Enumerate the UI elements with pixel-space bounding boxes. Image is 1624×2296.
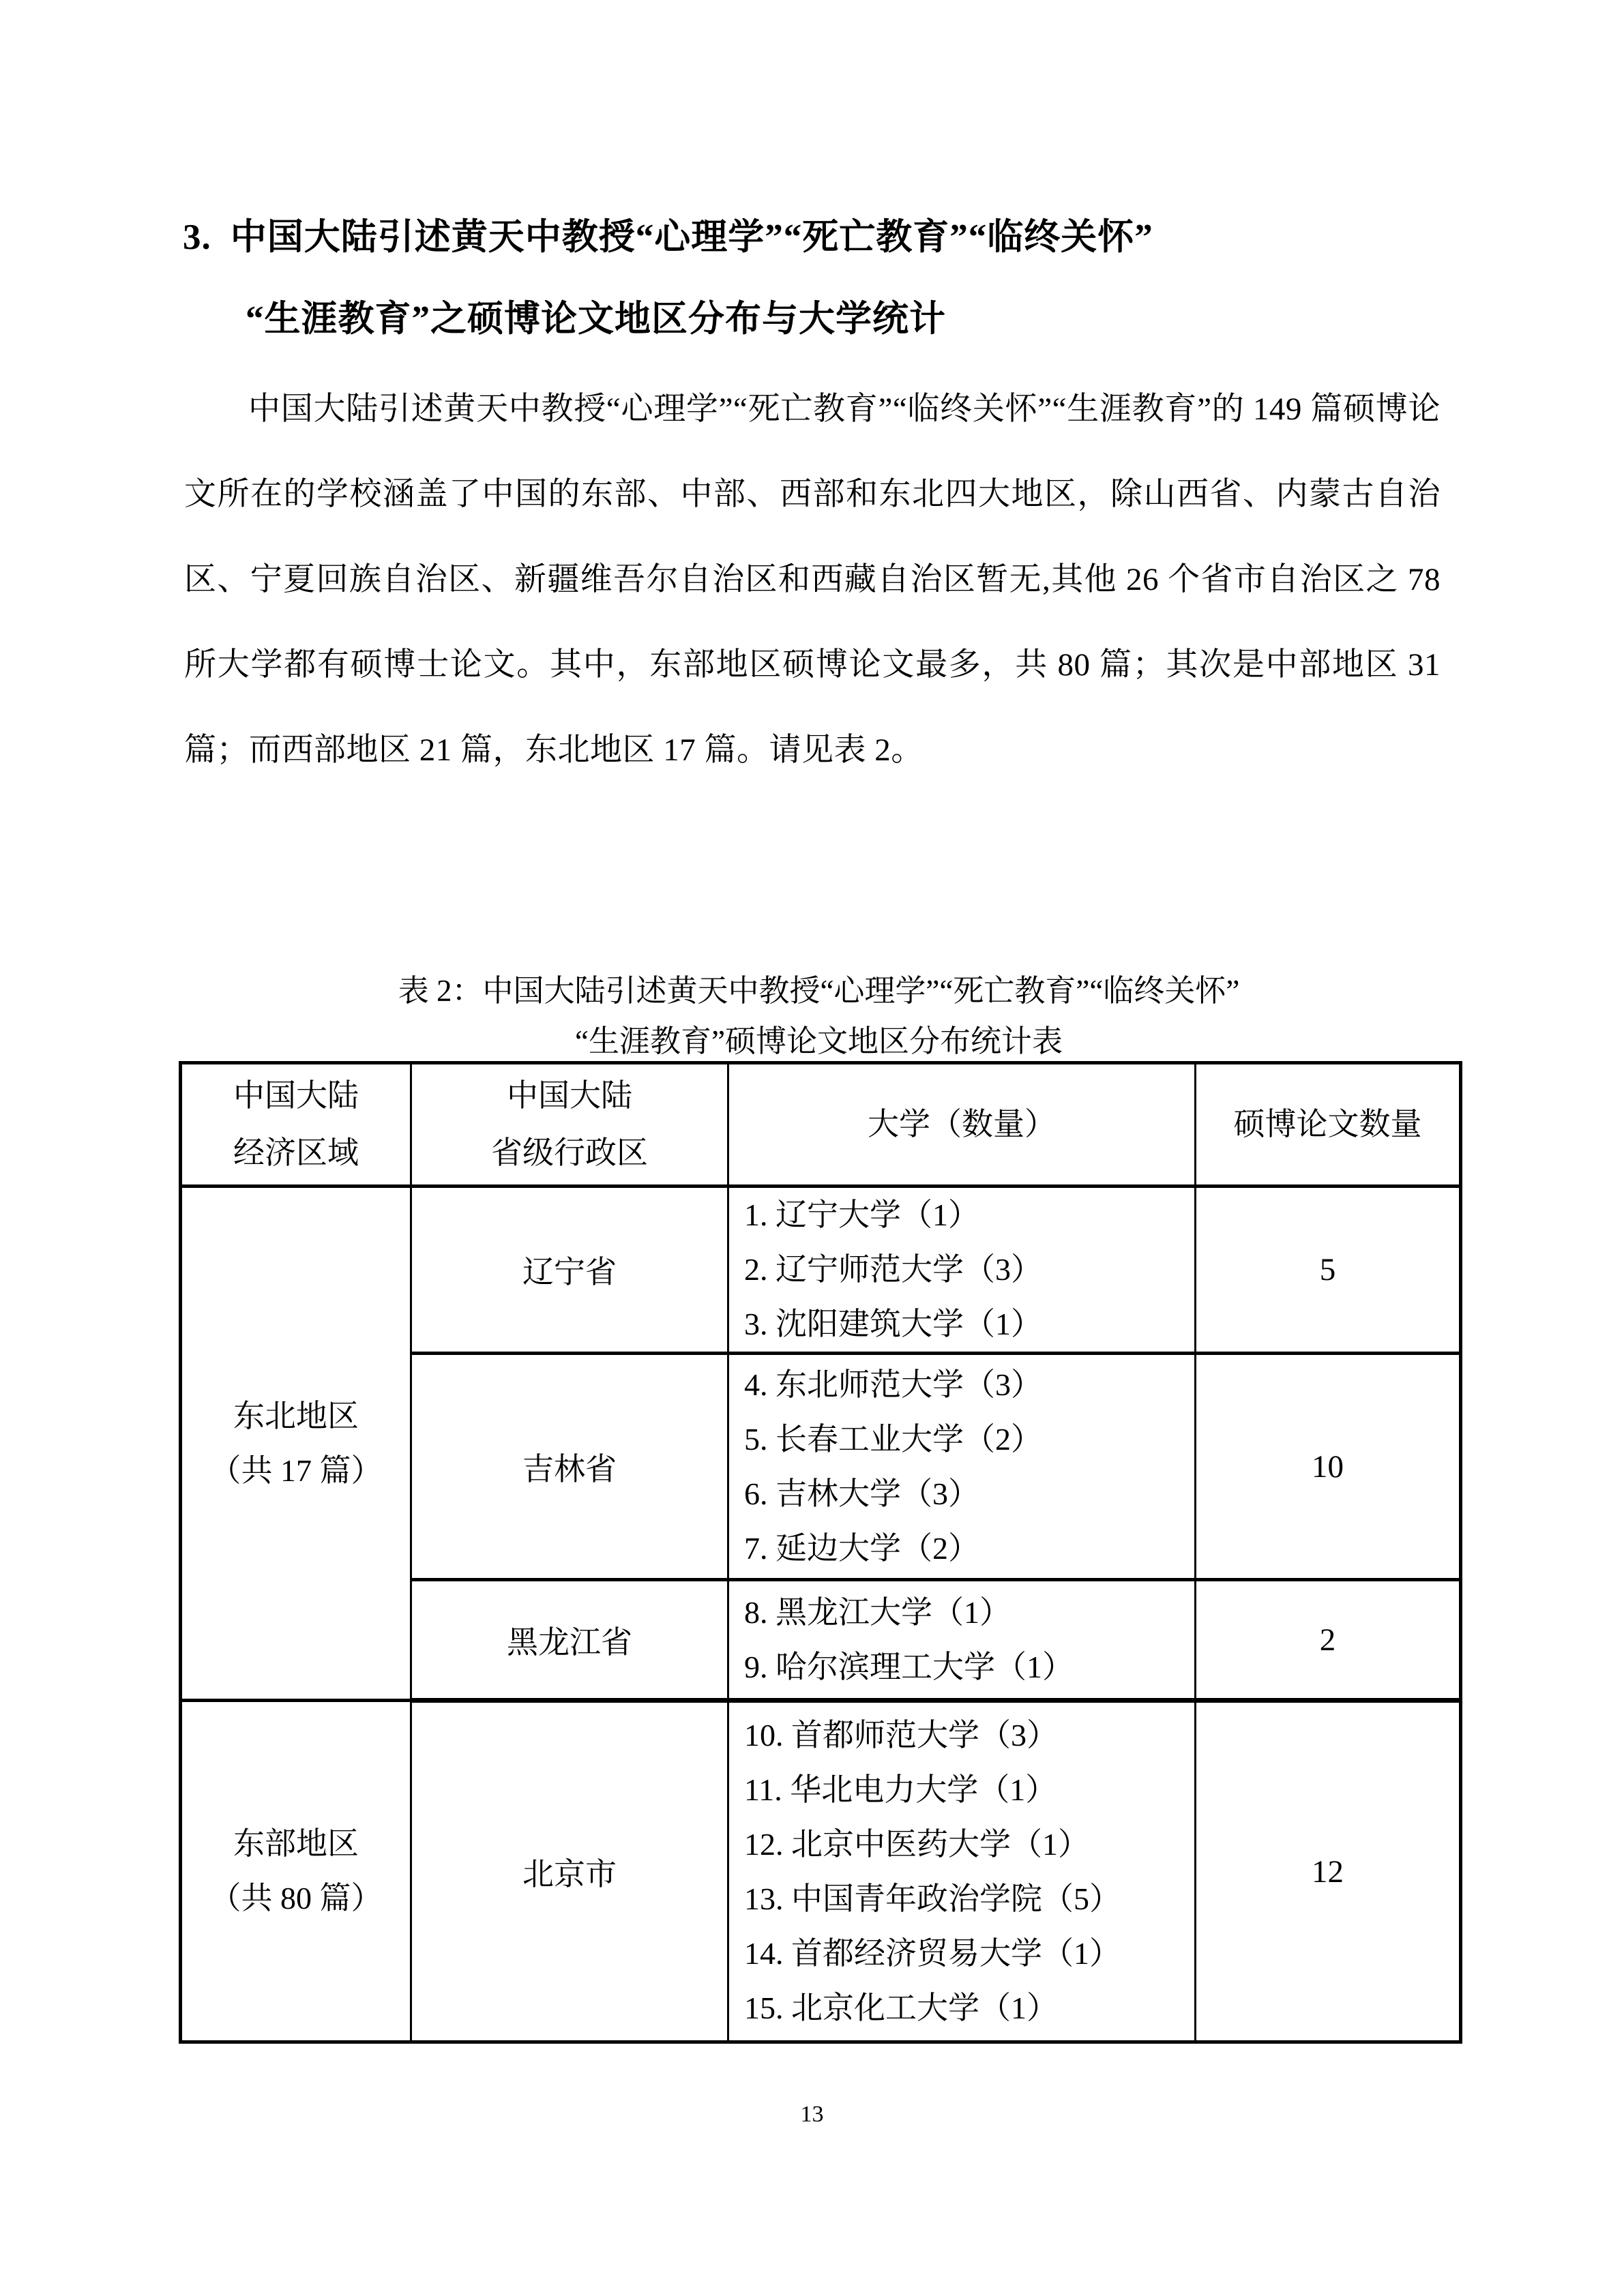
table-caption-line2: “生涯教育”硕博论文地区分布统计表 bbox=[179, 1016, 1459, 1067]
statistics-table-container: 中国大陆 经济区域 中国大陆 省级行政区 大学（数量） 硕博论文数量 bbox=[179, 1061, 1462, 2044]
universities-cell: 4. 东北师范大学（3） 5. 长春工业大学（2） 6. 吉林大学（3） 7. … bbox=[728, 1354, 1196, 1580]
page-number: 13 bbox=[0, 2102, 1624, 2128]
province-cell: 北京市 bbox=[411, 1701, 728, 2042]
table-caption-line1: 表 2：中国大陆引述黄天中教授“心理学”“死亡教育”“临终关怀” bbox=[179, 966, 1459, 1016]
universities-cell: 10. 首都师范大学（3） 11. 华北电力大学（1） 12. 北京中医药大学（… bbox=[728, 1701, 1196, 2042]
header-thesis-count: 硕博论文数量 bbox=[1196, 1063, 1461, 1187]
region-cell-east: 东部地区 （共 80 篇） bbox=[181, 1701, 411, 2042]
header-university: 大学（数量） bbox=[728, 1063, 1196, 1187]
table-row: 东北地区 （共 17 篇） 辽宁省 1. 辽宁大学（1） 2. 辽宁师范大学（3… bbox=[181, 1187, 1461, 1354]
count-cell: 10 bbox=[1196, 1354, 1461, 1580]
count-cell: 12 bbox=[1196, 1701, 1461, 2042]
province-cell: 辽宁省 bbox=[411, 1187, 728, 1354]
province-cell: 黑龙江省 bbox=[411, 1580, 728, 1701]
section-number: 3. bbox=[183, 196, 211, 278]
section-heading-line1: 3.中国大陆引述黄天中教授“心理学”“死亡教育”“临终关怀” bbox=[183, 196, 1465, 278]
section-heading: 3.中国大陆引述黄天中教授“心理学”“死亡教育”“临终关怀” “生涯教育”之硕博… bbox=[183, 196, 1465, 360]
body-paragraph: 中国大陆引述黄天中教授“心理学”“死亡教育”“临终关怀”“生涯教育”的 149 … bbox=[184, 367, 1441, 793]
statistics-table: 中国大陆 经济区域 中国大陆 省级行政区 大学（数量） 硕博论文数量 bbox=[179, 1061, 1462, 2044]
count-cell: 2 bbox=[1196, 1580, 1461, 1701]
table-header-row: 中国大陆 经济区域 中国大陆 省级行政区 大学（数量） 硕博论文数量 bbox=[181, 1063, 1461, 1187]
count-cell: 5 bbox=[1196, 1187, 1461, 1354]
header-region: 中国大陆 经济区域 bbox=[181, 1063, 411, 1187]
table-row: 东部地区 （共 80 篇） 北京市 10. 首都师范大学（3） 11. 华北电力… bbox=[181, 1701, 1461, 2042]
document-page: 3.中国大陆引述黄天中教授“心理学”“死亡教育”“临终关怀” “生涯教育”之硕博… bbox=[0, 0, 1624, 2296]
province-cell: 吉林省 bbox=[411, 1354, 728, 1580]
section-heading-line2: “生涯教育”之硕博论文地区分布与大学统计 bbox=[246, 278, 1465, 360]
universities-cell: 8. 黑龙江大学（1） 9. 哈尔滨理工大学（1） bbox=[728, 1580, 1196, 1701]
section-heading-text: 中国大陆引述黄天中教授“心理学”“死亡教育”“临终关怀” bbox=[231, 218, 1153, 257]
header-province: 中国大陆 省级行政区 bbox=[411, 1063, 728, 1187]
region-cell-northeast: 东北地区 （共 17 篇） bbox=[181, 1187, 411, 1701]
table-caption: 表 2：中国大陆引述黄天中教授“心理学”“死亡教育”“临终关怀” “生涯教育”硕… bbox=[179, 966, 1459, 1067]
universities-cell: 1. 辽宁大学（1） 2. 辽宁师范大学（3） 3. 沈阳建筑大学（1） bbox=[728, 1187, 1196, 1354]
